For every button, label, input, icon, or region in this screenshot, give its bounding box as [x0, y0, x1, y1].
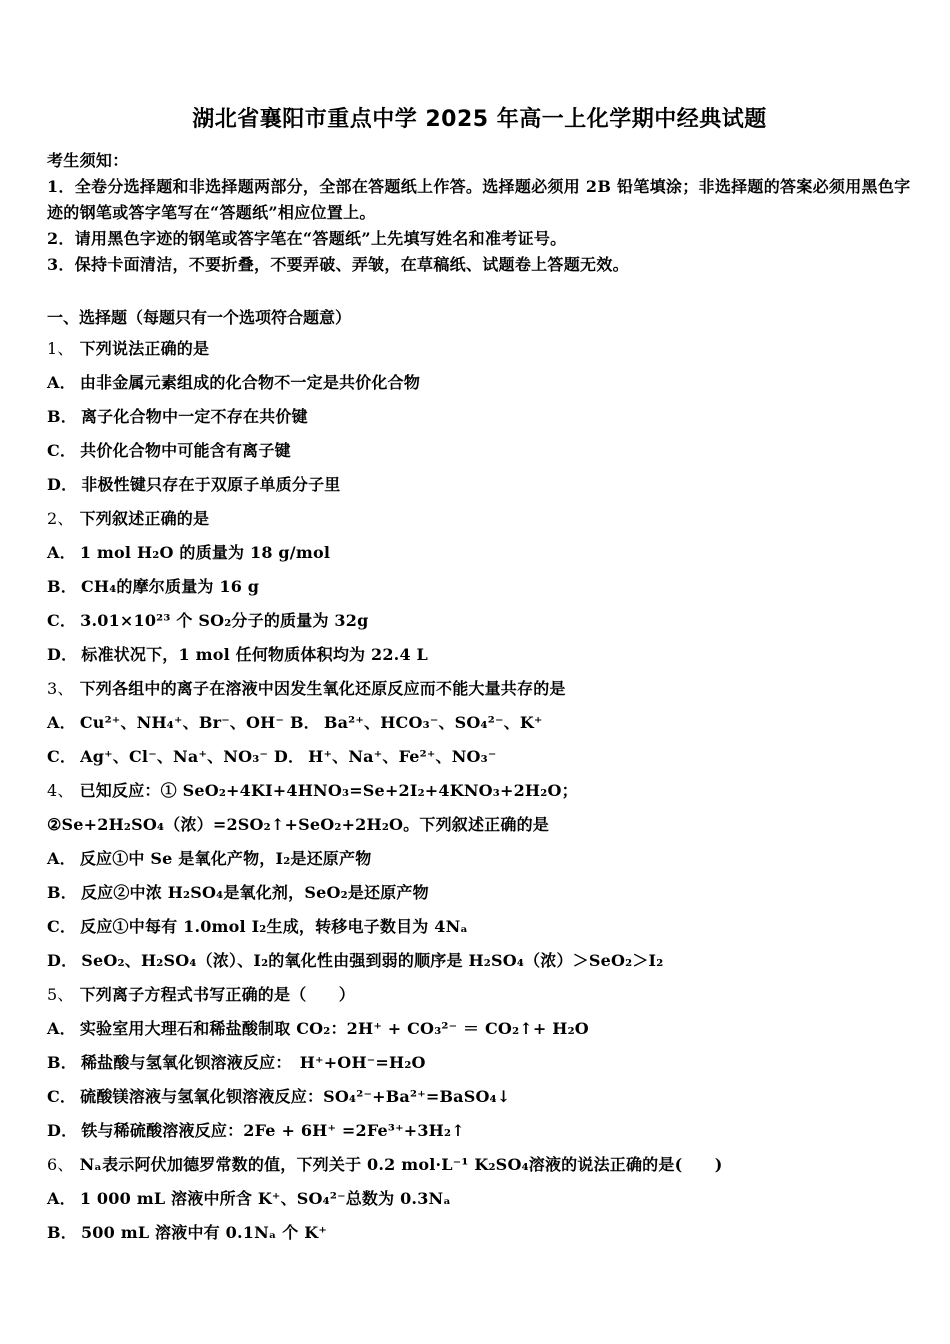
- option-label: A．: [47, 373, 76, 392]
- notice-block: 考生须知： 1．全卷分选择题和非选择题两部分，全部在答题纸上作答。选择题必须用 …: [47, 148, 912, 278]
- question-5-option-a: A．实验室用大理石和稀盐酸制取 CO₂：2H⁺ + CO₃²⁻ ＝ CO₂↑+ …: [47, 1012, 912, 1046]
- question-5-option-b: B．稀盐酸与氢氧化钡溶液反应： H⁺+OH⁻=H₂O: [47, 1046, 912, 1080]
- option-label: D．: [274, 747, 304, 766]
- notice-item-3: 3．保持卡面清洁，不要折叠，不要弄破、弄皱，在草稿纸、试题卷上答题无效。: [47, 252, 912, 278]
- option-label: D．: [47, 645, 77, 664]
- option-text: 铁与稀硫酸溶液反应：2Fe + 6H⁺ =2Fe³⁺+3H₂↑: [81, 1121, 465, 1140]
- question-number: 1、: [47, 339, 74, 358]
- question-2-option-c: C．3.01×10²³ 个 SO₂分子的质量为 32g: [47, 604, 912, 638]
- option-label: D．: [47, 951, 77, 970]
- option-label: A．: [47, 713, 76, 732]
- option-text: SeO₂、H₂SO₄（浓）、I₂的氧化性由强到弱的顺序是 H₂SO₄（浓）＞Se…: [81, 951, 663, 970]
- question-6-option-a: A．1 000 mL 溶液中所含 K⁺、SO₄²⁻总数为 0.3Nₐ: [47, 1182, 912, 1216]
- question-number: 4、: [47, 781, 74, 800]
- question-stem-text: 下列说法正确的是: [80, 339, 210, 358]
- option-text: 硫酸镁溶液与氢氧化钡溶液反应：SO₄²⁻+Ba²⁺=BaSO₄↓: [80, 1087, 510, 1106]
- question-5-option-c: C．硫酸镁溶液与氢氧化钡溶液反应：SO₄²⁻+Ba²⁺=BaSO₄↓: [47, 1080, 912, 1114]
- question-stem-text: Nₐ表示阿伏加德罗常数的值，下列关于 0.2 mol·L⁻¹ K₂SO₄溶液的说…: [80, 1155, 723, 1174]
- question-6-option-b: B．500 mL 溶液中有 0.1Nₐ 个 K⁺: [47, 1216, 912, 1250]
- question-3-option-b: B．Ba²⁺、HCO₃⁻、SO₄²⁻、K⁺: [290, 713, 543, 732]
- notice-item-2: 2．请用黑色字迹的钢笔或答字笔在“答题纸”上先填写姓名和准考证号。: [47, 226, 912, 252]
- option-text: Ba²⁺、HCO₃⁻、SO₄²⁻、K⁺: [324, 713, 543, 732]
- option-text: 反应①中每有 1.0mol I₂生成，转移电子数目为 4Nₐ: [80, 917, 468, 936]
- question-6-stem: 6、Nₐ表示阿伏加德罗常数的值，下列关于 0.2 mol·L⁻¹ K₂SO₄溶液…: [47, 1148, 912, 1182]
- question-5-stem: 5、下列离子方程式书写正确的是（ ）: [47, 978, 912, 1012]
- question-4-stem: 4、已知反应：① SeO₂+4KI+4HNO₃=Se+2I₂+4KNO₃+2H₂…: [47, 774, 912, 808]
- question-number: 2、: [47, 509, 74, 528]
- option-label: A．: [47, 1189, 76, 1208]
- option-text: 非极性键只存在于双原子单质分子里: [81, 475, 340, 494]
- question-4-option-d: D．SeO₂、H₂SO₄（浓）、I₂的氧化性由强到弱的顺序是 H₂SO₄（浓）＞…: [47, 944, 912, 978]
- question-4-option-b: B．反应②中浓 H₂SO₄是氧化剂，SeO₂是还原产物: [47, 876, 912, 910]
- option-text: Cu²⁺、NH₄⁺、Br⁻、OH⁻: [80, 713, 284, 732]
- option-text: 标准状况下，1 mol 任何物质体积均为 22.4 L: [81, 645, 428, 664]
- question-3-stem: 3、下列各组中的离子在溶液中因发生氧化还原反应而不能大量共存的是: [47, 672, 912, 706]
- question-4-stem-line2: ②Se+2H₂SO₄（浓）=2SO₂↑+SeO₂+2H₂O。下列叙述正确的是: [47, 808, 912, 842]
- option-text: 反应②中浓 H₂SO₄是氧化剂，SeO₂是还原产物: [81, 883, 429, 902]
- question-3-options-cd: C．Ag⁺、Cl⁻、Na⁺、NO₃⁻ D．H⁺、Na⁺、Fe²⁺、NO₃⁻: [47, 740, 912, 774]
- option-text: 实验室用大理石和稀盐酸制取 CO₂：2H⁺ + CO₃²⁻ ＝ CO₂↑+ H₂…: [80, 1019, 589, 1038]
- option-text: H⁺、Na⁺、Fe²⁺、NO₃⁻: [308, 747, 496, 766]
- question-3-option-a: A．Cu²⁺、NH₄⁺、Br⁻、OH⁻: [47, 706, 284, 740]
- option-text: 500 mL 溶液中有 0.1Nₐ 个 K⁺: [81, 1223, 327, 1242]
- question-1-option-c: C．共价化合物中可能含有离子键: [47, 434, 912, 468]
- notice-item-1: 1．全卷分选择题和非选择题两部分，全部在答题纸上作答。选择题必须用 2B 铅笔填…: [47, 174, 912, 226]
- option-text: 离子化合物中一定不存在共价键: [81, 407, 308, 426]
- question-4-option-a: A．反应①中 Se 是氧化产物，I₂是还原产物: [47, 842, 912, 876]
- option-label: D．: [47, 1121, 77, 1140]
- question-stem-text: 已知反应：① SeO₂+4KI+4HNO₃=Se+2I₂+4KNO₃+2H₂O；: [80, 781, 578, 800]
- question-1-stem: 1、下列说法正确的是: [47, 332, 912, 366]
- option-text: 反应①中 Se 是氧化产物，I₂是还原产物: [80, 849, 372, 868]
- option-text: 3.01×10²³ 个 SO₂分子的质量为 32g: [80, 611, 368, 630]
- option-label: B．: [47, 1223, 77, 1242]
- question-3: 3、下列各组中的离子在溶液中因发生氧化还原反应而不能大量共存的是 A．Cu²⁺、…: [47, 672, 912, 774]
- question-2: 2、下列叙述正确的是 A．1 mol H₂O 的质量为 18 g/mol B．C…: [47, 502, 912, 672]
- option-label: C．: [47, 1087, 76, 1106]
- exam-title: 湖北省襄阳市重点中学 2025 年高一上化学期中经典试题: [47, 104, 912, 136]
- notice-heading: 考生须知：: [47, 148, 912, 174]
- option-label: B．: [47, 1053, 77, 1072]
- question-5: 5、下列离子方程式书写正确的是（ ） A．实验室用大理石和稀盐酸制取 CO₂：2…: [47, 978, 912, 1148]
- option-text: 稀盐酸与氢氧化钡溶液反应： H⁺+OH⁻=H₂O: [81, 1053, 426, 1072]
- option-label: C．: [47, 917, 76, 936]
- exam-page: 湖北省襄阳市重点中学 2025 年高一上化学期中经典试题 考生须知： 1．全卷分…: [0, 0, 950, 1344]
- question-4-option-c: C．反应①中每有 1.0mol I₂生成，转移电子数目为 4Nₐ: [47, 910, 912, 944]
- option-label: A．: [47, 849, 76, 868]
- question-3-option-d: D．H⁺、Na⁺、Fe²⁺、NO₃⁻: [274, 747, 497, 766]
- option-text: Ag⁺、Cl⁻、Na⁺、NO₃⁻: [80, 747, 268, 766]
- question-3-options-ab: A．Cu²⁺、NH₄⁺、Br⁻、OH⁻ B．Ba²⁺、HCO₃⁻、SO₄²⁻、K…: [47, 706, 912, 740]
- question-4: 4、已知反应：① SeO₂+4KI+4HNO₃=Se+2I₂+4KNO₃+2H₂…: [47, 774, 912, 978]
- option-label: B．: [47, 883, 77, 902]
- question-2-option-b: B．CH₄的摩尔质量为 16 g: [47, 570, 912, 604]
- option-label: C．: [47, 611, 76, 630]
- question-stem-text: 下列离子方程式书写正确的是（ ）: [80, 985, 355, 1004]
- question-3-option-c: C．Ag⁺、Cl⁻、Na⁺、NO₃⁻: [47, 740, 268, 774]
- question-stem-text: 下列叙述正确的是: [80, 509, 210, 528]
- question-6: 6、Nₐ表示阿伏加德罗常数的值，下列关于 0.2 mol·L⁻¹ K₂SO₄溶液…: [47, 1148, 912, 1250]
- question-5-option-d: D．铁与稀硫酸溶液反应：2Fe + 6H⁺ =2Fe³⁺+3H₂↑: [47, 1114, 912, 1148]
- option-label: B．: [290, 713, 320, 732]
- question-1-option-d: D．非极性键只存在于双原子单质分子里: [47, 468, 912, 502]
- option-text: 由非金属元素组成的化合物不一定是共价化合物: [80, 373, 420, 392]
- option-label: B．: [47, 577, 77, 596]
- question-1: 1、下列说法正确的是 A．由非金属元素组成的化合物不一定是共价化合物 B．离子化…: [47, 332, 912, 502]
- question-2-option-d: D．标准状况下，1 mol 任何物质体积均为 22.4 L: [47, 638, 912, 672]
- option-text: 共价化合物中可能含有离子键: [80, 441, 291, 460]
- section-heading: 一、选择题（每题只有一个选项符合题意）: [47, 304, 912, 332]
- question-2-option-a: A．1 mol H₂O 的质量为 18 g/mol: [47, 536, 912, 570]
- question-number: 6、: [47, 1155, 74, 1174]
- option-label: C．: [47, 441, 76, 460]
- option-text: 1 mol H₂O 的质量为 18 g/mol: [80, 543, 330, 562]
- question-1-option-b: B．离子化合物中一定不存在共价键: [47, 400, 912, 434]
- question-number: 5、: [47, 985, 74, 1004]
- option-text: CH₄的摩尔质量为 16 g: [81, 577, 259, 596]
- option-label: A．: [47, 1019, 76, 1038]
- question-2-stem: 2、下列叙述正确的是: [47, 502, 912, 536]
- question-1-option-a: A．由非金属元素组成的化合物不一定是共价化合物: [47, 366, 912, 400]
- option-label: B．: [47, 407, 77, 426]
- option-label: C．: [47, 747, 76, 766]
- option-text: 1 000 mL 溶液中所含 K⁺、SO₄²⁻总数为 0.3Nₐ: [80, 1189, 451, 1208]
- option-label: D．: [47, 475, 77, 494]
- question-number: 3、: [47, 679, 74, 698]
- option-label: A．: [47, 543, 76, 562]
- question-stem-text: 下列各组中的离子在溶液中因发生氧化还原反应而不能大量共存的是: [80, 679, 566, 698]
